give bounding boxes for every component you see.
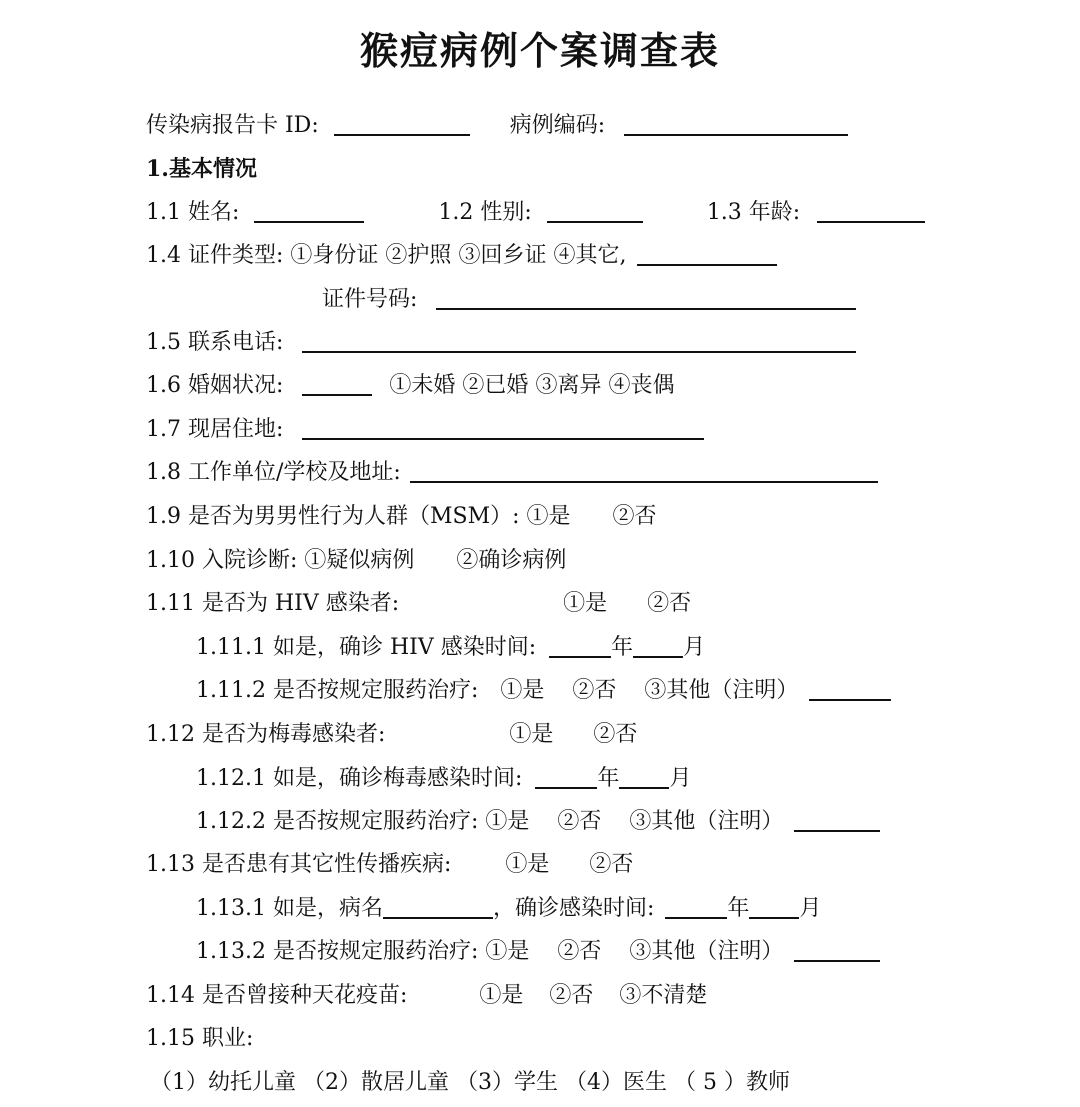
hiv-treatment-other-field[interactable] [809,677,891,701]
phone-label: 1.5 联系电话: [146,330,283,355]
std-treatment-yes[interactable]: ①是 [485,939,529,964]
msm-option-yes[interactable]: ①是 [527,504,571,529]
vaccine-option-no[interactable]: ②否 [549,983,593,1008]
marital-field[interactable] [302,372,372,396]
row-1-10: 1.10 入院诊断: ①疑似病例 ②确诊病例 [146,546,566,576]
marital-label: 1.6 婚姻状况: [146,373,283,398]
id-type-label: 1.4 证件类型: [146,243,283,268]
year-unit: 年 [597,766,619,791]
name-field[interactable] [254,199,364,223]
row-id-number: 证件号码: [322,285,856,315]
syphilis-label: 1.12 是否为梅毒感染者: [146,722,385,747]
age-field[interactable] [817,199,925,223]
marital-option-married[interactable]: ②已婚 [462,373,528,398]
id-other-field[interactable] [637,242,777,266]
gender-field[interactable] [547,199,643,223]
std-name-label: 1.13.1 如是，病名 [196,896,383,921]
hiv-month-field[interactable] [633,634,683,658]
vaccine-option-yes[interactable]: ①是 [479,983,523,1008]
section-heading: 1.基本情况 [146,154,257,184]
form-title: 猴痘病例个案调查表 [0,20,1080,75]
msm-label: 1.9 是否为男男性行为人群（MSM）: [146,504,520,529]
marital-option-single[interactable]: ①未婚 [389,373,455,398]
row-1-14: 1.14 是否曾接种天花疫苗: ①是 ②否 ③不清楚 [146,981,707,1011]
syphilis-treatment-no[interactable]: ②否 [557,809,601,834]
residence-field[interactable] [302,416,704,440]
id-number-field[interactable] [436,286,856,310]
row-1-12: 1.12 是否为梅毒感染者: ①是 ②否 [146,720,637,750]
occupation-option-teacher[interactable]: （ 5 ）教师 [674,1070,790,1095]
syphilis-treatment-yes[interactable]: ①是 [485,809,529,834]
row-1-4: 1.4 证件类型: ①身份证 ②护照 ③回乡证 ④其它, [146,241,777,271]
msm-option-no[interactable]: ②否 [613,504,657,529]
syphilis-year-field[interactable] [535,765,597,789]
report-id-label: 传染病报告卡 ID: [146,113,319,138]
residence-label: 1.7 现居住地: [146,417,283,442]
id-option-homereturn[interactable]: ③回乡证 [458,243,546,268]
std-name-field[interactable] [383,895,493,919]
row-1-8: 1.8 工作单位/学校及地址: [146,458,878,488]
hiv-treatment-other[interactable]: ③其他（注明） [644,678,798,703]
syphilis-option-yes[interactable]: ①是 [509,722,553,747]
row-occupation-options: （1）幼托儿童 （2）散居儿童 （3）学生 （4）医生 （ 5 ）教师 [150,1068,790,1098]
vaccine-option-unknown[interactable]: ③不清楚 [619,983,707,1008]
id-option-idcard[interactable]: ①身份证 [290,243,378,268]
marital-option-divorced[interactable]: ③离异 [535,373,601,398]
hiv-year-field[interactable] [549,634,611,658]
occupation-option-scattered-children[interactable]: （2）散居儿童 [303,1070,449,1095]
hiv-label: 1.11 是否为 HIV 感染者: [146,591,399,616]
name-label: 1.1 姓名: [146,200,239,225]
workplace-label: 1.8 工作单位/学校及地址: [146,460,401,485]
row-1-11-1: 1.11.1 如是，确诊 HIV 感染时间: 年月 [196,633,705,663]
syphilis-option-no[interactable]: ②否 [593,722,637,747]
std-treatment-other-field[interactable] [794,938,880,962]
hiv-option-no[interactable]: ②否 [647,591,691,616]
row-1-1-to-1-3: 1.1 姓名: 1.2 性别: 1.3 年龄: [146,198,925,228]
row-1-7: 1.7 现居住地: [146,415,704,445]
month-unit: 月 [683,635,705,660]
report-id-field[interactable] [334,112,470,136]
header-row: 传染病报告卡 ID: 病例编码: [146,111,848,141]
row-1-5: 1.5 联系电话: [146,328,856,358]
phone-field[interactable] [302,329,856,353]
admission-diagnosis-label: 1.10 入院诊断: [146,548,297,573]
row-1-12-1: 1.12.1 如是，确诊梅毒感染时间: 年月 [196,764,691,794]
occupation-label: 1.15 职业: [146,1026,253,1051]
syphilis-treatment-label: 1.12.2 是否按规定服药治疗: [196,809,478,834]
id-option-passport[interactable]: ②护照 [385,243,451,268]
hiv-time-label: 1.11.1 如是，确诊 HIV 感染时间: [196,635,536,660]
std-treatment-no[interactable]: ②否 [557,939,601,964]
std-time-label: ，确诊感染时间: [493,896,654,921]
marital-option-widowed[interactable]: ④丧偶 [608,373,674,398]
std-option-no[interactable]: ②否 [589,852,633,877]
id-number-label: 证件号码: [322,287,417,312]
hiv-treatment-yes[interactable]: ①是 [500,678,544,703]
row-1-15: 1.15 职业: [146,1024,253,1054]
std-month-field[interactable] [749,895,799,919]
hiv-treatment-label: 1.11.2 是否按规定服药治疗: [196,678,478,703]
id-option-other[interactable]: ④其它, [553,243,626,268]
row-1-11: 1.11 是否为 HIV 感染者: ①是 ②否 [146,589,691,619]
hiv-treatment-no[interactable]: ②否 [572,678,616,703]
row-1-9: 1.9 是否为男男性行为人群（MSM）: ①是 ②否 [146,502,657,532]
workplace-field[interactable] [410,459,878,483]
gender-label: 1.2 性别: [438,200,531,225]
syphilis-treatment-other-field[interactable] [794,808,880,832]
case-code-field[interactable] [624,112,848,136]
row-1-6: 1.6 婚姻状况: ①未婚 ②已婚 ③离异 ④丧偶 [146,371,674,401]
row-1-12-2: 1.12.2 是否按规定服药治疗: ①是 ②否 ③其他（注明） [196,807,880,837]
occupation-option-student[interactable]: （3）学生 [456,1070,558,1095]
std-label: 1.13 是否患有其它性传播疾病: [146,852,451,877]
smallpox-vaccine-label: 1.14 是否曾接种天花疫苗: [146,983,407,1008]
syphilis-treatment-other[interactable]: ③其他（注明） [629,809,783,834]
hiv-option-yes[interactable]: ①是 [563,591,607,616]
syphilis-time-label: 1.12.1 如是，确诊梅毒感染时间: [196,766,522,791]
month-unit: 月 [799,896,821,921]
std-treatment-other[interactable]: ③其他（注明） [629,939,783,964]
std-option-yes[interactable]: ①是 [505,852,549,877]
age-label: 1.3 年龄: [707,200,800,225]
row-1-11-2: 1.11.2 是否按规定服药治疗: ①是 ②否 ③其他（注明） [196,676,891,706]
case-code-label: 病例编码: [510,113,605,138]
row-1-13-2: 1.13.2 是否按规定服药治疗: ①是 ②否 ③其他（注明） [196,937,880,967]
std-year-field[interactable] [665,895,727,919]
month-unit: 月 [669,766,691,791]
diagnosis-option-confirmed[interactable]: ②确诊病例 [456,548,566,573]
diagnosis-option-suspected[interactable]: ①疑似病例 [304,548,414,573]
syphilis-month-field[interactable] [619,765,669,789]
occupation-option-kindergarten[interactable]: （1）幼托儿童 [150,1070,296,1095]
row-1-13: 1.13 是否患有其它性传播疾病: ①是 ②否 [146,850,633,880]
occupation-option-doctor[interactable]: （4）医生 [565,1070,667,1095]
row-1-13-1: 1.13.1 如是，病名，确诊感染时间: 年月 [196,894,821,924]
std-treatment-label: 1.13.2 是否按规定服药治疗: [196,939,478,964]
year-unit: 年 [727,896,749,921]
year-unit: 年 [611,635,633,660]
